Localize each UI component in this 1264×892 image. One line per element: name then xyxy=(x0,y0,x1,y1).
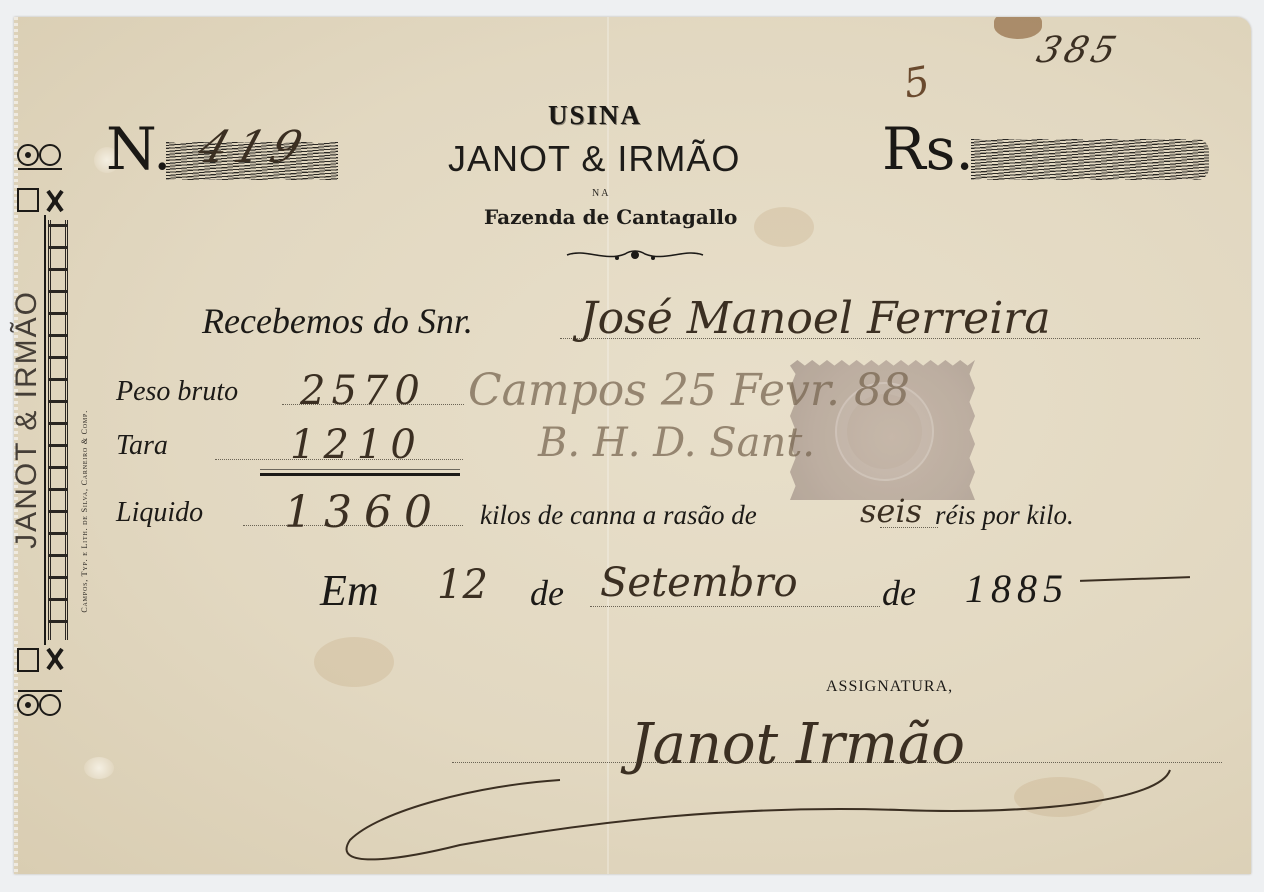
sum-rule-thin xyxy=(260,469,460,470)
signature-flourish xyxy=(340,760,1200,885)
border-chain xyxy=(48,220,68,640)
receipt-number: 419 xyxy=(192,122,317,173)
ornament-top-icon xyxy=(14,135,66,175)
date-day: 12 xyxy=(437,562,488,608)
border-rule xyxy=(44,215,46,645)
annotation-line-1: Campos 25 Fevr. 88 xyxy=(468,365,910,416)
header-place: Fazenda de Cantagallo xyxy=(484,205,737,229)
header-usina: USINA xyxy=(548,100,642,131)
date-de-1: de xyxy=(530,572,564,614)
net-weight-label: Liquido xyxy=(116,497,203,529)
ink-stain xyxy=(994,17,1042,39)
annotation-line-2: B. H. D. Sant. xyxy=(538,420,815,466)
foxing-spot xyxy=(754,207,814,247)
number-label: N. xyxy=(106,120,171,178)
gross-weight-label: Peso bruto xyxy=(116,376,238,408)
tare-label: Tara xyxy=(116,430,168,462)
foxing-spot xyxy=(314,637,394,687)
emboss-mark xyxy=(84,757,114,779)
header-connector: NA xyxy=(592,188,610,199)
date-de-2: de xyxy=(882,572,916,614)
flourish-icon xyxy=(565,246,705,264)
vertical-firm-name: JANOT & IRMÃO xyxy=(10,290,44,549)
tare-value: 1210 xyxy=(290,422,424,468)
rate-suffix-label: réis por kilo. xyxy=(935,500,1074,531)
ornament-cross-icon xyxy=(14,183,66,223)
date-month: Setembro xyxy=(600,560,798,606)
header-firm-name: JANOT & IRMÃO xyxy=(448,138,740,180)
corner-annotation: 385 xyxy=(1033,30,1125,71)
received-from-value: José Manoel Ferreira xyxy=(580,293,1051,344)
date-year: 1885 xyxy=(965,565,1069,612)
rate-value: seis xyxy=(860,492,922,530)
signature-label: ASSIGNATURA, xyxy=(826,678,953,696)
date-prefix: Em xyxy=(320,565,379,616)
net-weight-value: 1360 xyxy=(284,487,444,538)
received-from-label: Recebemos do Snr. xyxy=(202,300,473,342)
amount-field-background xyxy=(971,139,1209,180)
amount-label: Rs. xyxy=(882,120,974,178)
ornament-bottom-icon xyxy=(14,685,66,725)
printer-imprint: Campos, Typ. e Lith. de Silva, Carneiro … xyxy=(80,410,89,613)
ornament-cross-icon xyxy=(14,637,66,677)
gross-weight-value: 2570 xyxy=(300,368,426,414)
date-month-line xyxy=(590,606,880,607)
sum-rule xyxy=(260,473,460,476)
net-suffix-label: kilos de canna a rasão de xyxy=(480,500,757,531)
